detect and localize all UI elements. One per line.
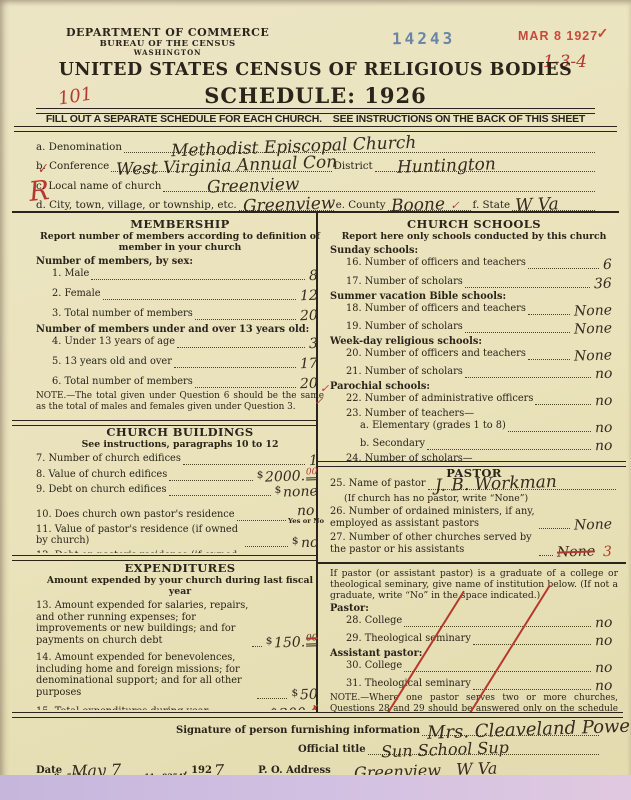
q27-value-struck: None [557,543,596,560]
membership-section: MEMBERSHIP Report number of members acco… [12,214,332,420]
q6-label: 6. Total number of members [52,376,193,388]
form-title: UNITED STATES CENSUS OF RELIGIOUS BODIES [0,60,631,80]
q13-label: 13. Amount expended for salaries, repair… [36,600,250,647]
q8-cents-superscript: 00 [306,467,318,480]
q18-label: 18. Number of officers and teachers [346,303,526,315]
q22-label: 22. Number of administrative officers [346,393,533,405]
dotted-leader [427,449,591,450]
q3-value-handwritten: 20 [300,308,318,325]
dotted-leader [169,495,271,496]
q9-value-handwritten: none [283,483,318,500]
buildings-title: CHURCH BUILDINGS [36,425,324,439]
signature-label: Signature of person furnishing informati… [176,725,420,736]
q18-value-handwritten: None [574,302,613,319]
q19-label: 19. Number of scholars [346,321,463,333]
q10-value-handwritten: no [297,502,315,519]
membership-title: MEMBERSHIP [36,217,324,231]
membership-subtitle: Report number of members according to de… [36,232,324,254]
signature-row: Signature of person furnishing informati… [176,716,601,736]
pastor-section: PASTOR 25. Name of pastor J. B. Workman … [322,466,624,561]
rule-right-2 [318,562,626,564]
parochial-schools-label: Parochial schools: [330,381,618,392]
dotted-leader [237,520,286,521]
dotted-leader [195,387,296,388]
schools-title: CHURCH SCHOOLS [330,217,618,231]
q23b-label: b. Secondary [360,438,425,450]
dotted-leader [465,377,591,378]
serial-number-stamp: 14243 [392,29,455,49]
county-label: e. County [336,199,386,211]
q27-red-correction: 3 [603,544,612,560]
q23b-row: b. Secondary no [330,438,618,450]
q7-row: 7. Number of church edifices 1 [36,453,324,465]
q25-value-handwritten: J. B. Workman [435,472,557,496]
q15-red-mark: ✗ [310,704,318,710]
q10-row: 10. Does church own pastor's residence n… [36,503,324,521]
local-name-row: c. Local name of church Greenview [36,172,597,192]
q26-row: 26. Number of ordained ministers, if any… [330,506,618,530]
members-by-age-label: Number of members under and over 13 year… [36,324,324,335]
q14-label: 14. Amount expended for benevolences, in… [36,652,255,699]
q9-row: 9. Debt on church edifices $ none [36,484,324,496]
q27-label: 27. Number of other churches served by t… [330,532,537,556]
q31-row: 31. Theological seminary no [330,678,618,690]
q17-label: 17. Number of scholars [346,276,463,288]
scanner-background-strip [0,775,631,800]
dotted-leader [257,698,288,699]
q15-amount: 200. [279,705,311,710]
dotted-leader [169,480,253,481]
q15-value-handwritten: 200.✗ [279,704,318,710]
department-block: DEPARTMENT OF COMMERCE BUREAU OF THE CEN… [66,27,269,57]
dotted-leader [539,528,570,529]
state-label: f. State [473,199,511,211]
dotted-leader [473,689,591,690]
banner-instruction: FILL OUT A SEPARATE SCHEDULE FOR EACH CH… [40,113,591,125]
q13-amount: 150. [274,635,306,652]
q2-label: 2. Female [52,288,101,300]
denomination-row: a. Denomination Methodist Episcopal Chur… [36,133,597,153]
dotted-leader [465,287,590,288]
dotted-leader [103,299,297,300]
q21-label: 21. Number of scholars [346,366,463,378]
dollar-sign: $ [266,635,273,647]
dotted-leader [465,332,570,333]
district-label: District [334,160,373,172]
rule-below-banner [14,126,617,132]
q11-label: 11. Value of pastor's residence (if owne… [36,524,243,548]
dotted-leader [195,319,296,320]
expenditures-section: EXPENDITURES Amount expended by your chu… [12,560,332,710]
q20-row: 20. Number of officers and teachers None [330,348,618,360]
members-by-sex-label: Number of members, by sex: [36,256,324,267]
q6-value-handwritten: 20 [300,376,318,393]
q22-value-handwritten: no [594,393,612,410]
q18-row: 18. Number of officers and teachers None [330,303,618,315]
dollar-sign: $ [291,687,298,699]
q13-value-handwritten: 150.00 [274,634,318,652]
form-subtitle: SCHEDULE: 1926 [0,83,631,108]
dotted-leader [473,644,591,645]
q26-label: 26. Number of ordained ministers, if any… [330,506,537,530]
red-check-on-stamp: ✓ [597,25,610,41]
q15-label: 15. Total expenditures during year [36,706,208,710]
q21-row: 21. Number of scholars no [330,366,618,378]
census-schedule-1926-scan: DEPARTMENT OF COMMERCE BUREAU OF THE CEN… [0,0,631,800]
q30-label: 30. College [346,660,402,672]
schools-margin-check-1: ✓ [320,382,329,395]
dotted-leader [252,646,262,647]
church-schools-section: CHURCH SCHOOLS Report here only schools … [322,214,624,461]
q20-value-handwritten: None [574,347,613,364]
q4-row: 4. Under 13 years of age 3 [36,336,324,348]
q8-row: 8. Value of church edifices $ 2000.00 [36,468,324,481]
q19-row: 19. Number of scholars None [330,321,618,333]
pastor-education-section: If pastor (or assistant pastor) is a gra… [322,565,624,712]
city-county-state-row: d. City, town, village, or township, etc… [36,192,597,212]
footer-section: Signature of person furnishing informati… [36,716,601,776]
q3-row: 3. Total number of members 20 [36,308,324,320]
dotted-leader [177,347,305,348]
dotted-leader [183,464,305,465]
q17-row: 17. Number of scholars 36 [330,276,618,288]
buildings-subtitle: See instructions, paragraphs 10 to 12 [36,440,324,451]
q1-row: 1. Male 8 [36,268,324,280]
dotted-leader [539,555,553,556]
q2-row: 2. Female 12 [36,288,324,300]
q28-row: 28. College no [330,615,618,627]
q31-value-handwritten: no [594,677,612,694]
received-date-stamp: MAR 8 1927 ✓ [518,27,615,44]
department-line: DEPARTMENT OF COMMERCE [66,27,269,40]
q16-label: 16. Number of officers and teachers [346,257,526,269]
q8-label: 8. Value of church edifices [36,469,167,481]
conference-row: b. Conference West Virginia Annual Con D… [36,153,597,173]
q17-value-handwritten: 36 [594,276,612,293]
q30-row: 30. College no [330,660,618,672]
date-stamp-text: MAR 8 1927 [518,29,598,43]
q5-label: 5. 13 years old and over [52,356,172,368]
q2-value-handwritten: 12 [300,288,318,305]
sunday-schools-label: Sunday schools: [330,245,618,256]
q9-label: 9. Debt on church edifices [36,484,167,496]
q6-row: 6. Total number of members 20 [36,376,324,388]
q10-label: 10. Does church own pastor's residence [36,509,235,521]
expenditures-title: EXPENDITURES [36,561,324,575]
q27-row: 27. Number of other churches served by t… [330,532,618,556]
dotted-leader [245,546,288,547]
q7-label: 7. Number of church edifices [36,453,181,465]
dollar-sign: $ [275,484,282,496]
q28-label: 28. College [346,615,402,627]
schools-subtitle: Report here only schools conducted by th… [330,232,618,243]
dollar-sign: $ [257,469,264,481]
q29-row: 29. Theological seminary no [330,633,618,645]
summer-bible-schools-label: Summer vacation Bible schools: [330,291,618,302]
q13-cents-struck-red: 00 [306,634,318,647]
q21-value-handwritten: no [594,366,612,383]
dotted-leader [404,626,590,627]
q1-value-handwritten: 8 [309,268,318,284]
dollar-sign: $ [292,535,299,547]
q4-value-handwritten: 3 [309,336,318,352]
dollar-sign: $ [271,706,278,710]
local-name-label: c. Local name of church [36,180,161,192]
dotted-leader [174,367,296,368]
church-buildings-section: CHURCH BUILDINGS See instructions, parag… [12,425,332,553]
dotted-leader [528,314,570,315]
q28-value-handwritten: no [594,614,612,631]
q20-label: 20. Number of officers and teachers [346,348,526,360]
q24-label: 24. Number of scholars— [330,453,618,461]
membership-note: NOTE.—The total given under Question 6 s… [36,391,324,413]
pastor-group-label: Pastor: [330,603,618,614]
washington-line: WASHINGTON [66,49,269,57]
expenditures-subtitle: Amount expended by your church during la… [36,576,324,598]
q16-value-handwritten: 6 [603,257,612,273]
dotted-leader [528,359,570,360]
q22-row: 22. Number of administrative officers no [330,393,618,405]
q11-value-handwritten: no [300,535,318,552]
dotted-leader [508,431,591,432]
official-title-label: Official title [298,744,366,755]
city-label: d. City, town, village, or township, etc… [36,199,237,211]
q30-value-handwritten: no [594,659,612,676]
education-intro: If pastor (or assistant pastor) is a gra… [330,568,618,602]
q29-label: 29. Theological seminary [346,633,471,645]
q16-row: 16. Number of officers and teachers 6 [330,257,618,269]
church-info-section: a. Denomination Methodist Episcopal Chur… [36,133,597,211]
conference-label: b. Conference [36,160,109,172]
q10-value-wrap: no Yes or No [288,503,324,525]
q23b-value-handwritten: no [594,438,612,455]
q13-row: 13. Amount expended for salaries, repair… [36,600,324,647]
dotted-leader: J. B. Workman [428,489,616,490]
q3-label: 3. Total number of members [52,308,193,320]
q23a-row: a. Elementary (grades 1 to 8) no [330,420,618,432]
q5-value-handwritten: 17 [300,356,318,373]
dotted-leader [91,279,305,280]
dotted-leader [528,268,599,269]
q14-value-handwritten: 50 [300,687,318,704]
q1-label: 1. Male [52,268,89,280]
official-title-row: Official title Sun School Sup [298,736,601,755]
q5-row: 5. 13 years old and over 17 [36,356,324,368]
q14-row: 14. Amount expended for benevolences, in… [36,652,324,699]
q4-label: 4. Under 13 years of age [52,336,175,348]
q15-row: 15. Total expenditures during year $ 200… [36,705,324,710]
schools-margin-check-2: ✓ [314,395,323,408]
dotted-leader [535,404,590,405]
q23a-value-handwritten: no [594,420,612,437]
q12-label: 12. Debt on pastor's residence (if owned… [36,550,243,553]
q29-value-handwritten: no [594,632,612,649]
q25-label: 25. Name of pastor [330,478,426,490]
q12-row: 12. Debt on pastor's residence (if owned… [36,550,324,553]
q19-value-handwritten: None [574,320,613,337]
q23-label: 23. Number of teachers— [330,408,618,419]
assistant-pastor-group-label: Assistant pastor: [330,648,618,659]
q23a-label: a. Elementary (grades 1 to 8) [360,420,506,432]
q25-row: 25. Name of pastor J. B. Workman [330,478,618,490]
denomination-label: a. Denomination [36,141,122,153]
q11-row: 11. Value of pastor's residence (if owne… [36,524,324,548]
